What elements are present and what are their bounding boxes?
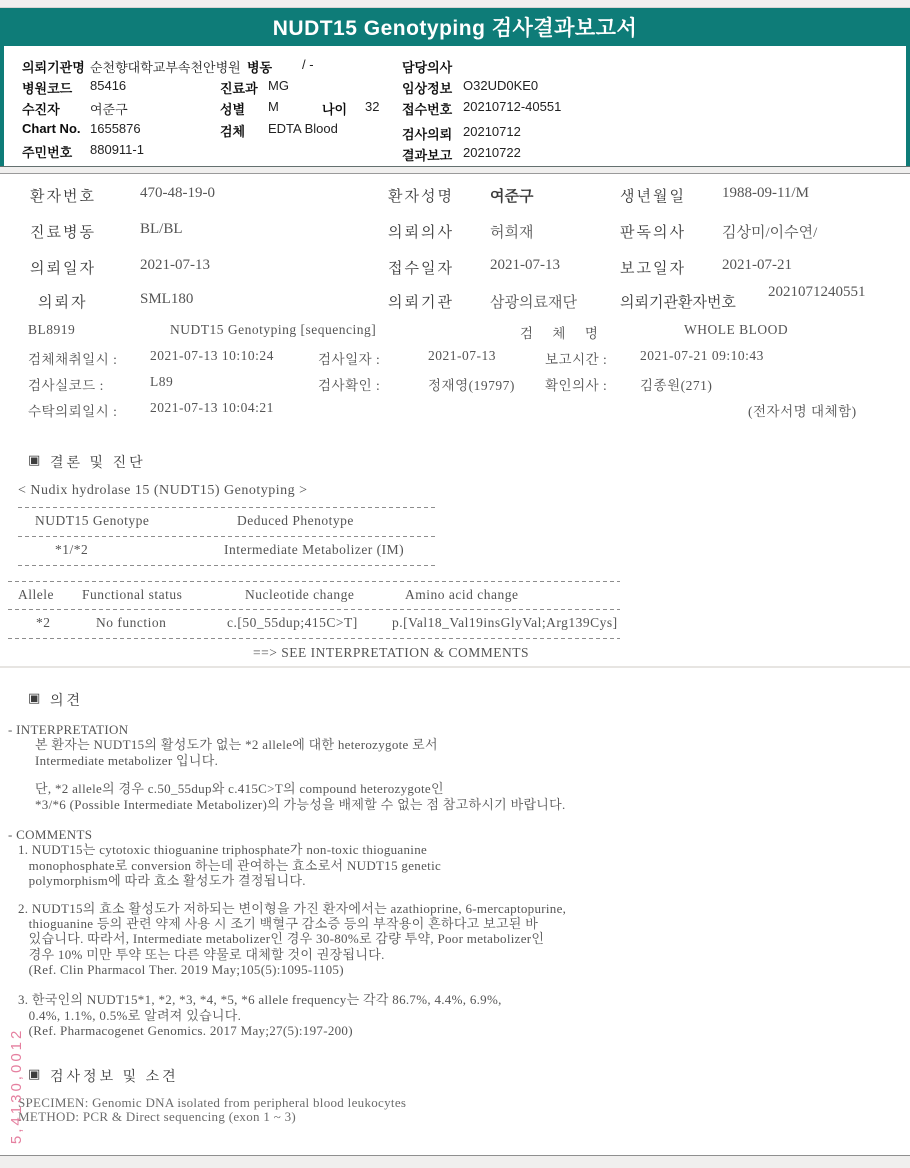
referring-org-label: 의뢰기관 — [388, 291, 454, 312]
text-line: 2. NUDT15의 효소 활성도가 저하되는 변이형을 가진 환자에서는 az… — [18, 901, 566, 916]
collection-datetime-label: 검체채취일시 : — [28, 348, 117, 368]
text-line: 경우 10% 미만 투약 또는 다른 약물로 대체할 것이 권장됩니다. — [18, 947, 566, 962]
nucleotide-change-value: c.[50_55dup;415C>T] — [227, 615, 358, 631]
referring-doctor-label: 의뢰의사 — [388, 221, 454, 242]
specimen-name-label: 검 체 명 — [520, 322, 606, 342]
requester-label: 의뢰자 — [38, 291, 87, 312]
field-value-clinical-info: O32UD0KE0 — [463, 78, 538, 93]
table-separator — [8, 638, 620, 639]
field-label-sex: 성별 — [220, 99, 245, 118]
org-patient-no-label: 의뢰기관환자번호 — [620, 291, 736, 312]
allele-col-header: Allele — [18, 587, 54, 603]
text-line: 1. NUDT15는 cytotoxic thioguanine triphos… — [18, 842, 441, 858]
confirming-doctor-value: 김종원(271) — [640, 374, 712, 394]
field-value-specimen: EDTA Blood — [268, 121, 338, 136]
top-margin-strip — [0, 0, 910, 8]
collection-datetime-value: 2021-07-13 10:10:24 — [150, 348, 274, 364]
interpretation-heading: - INTERPRETATION — [8, 722, 128, 738]
comment-2-text: 2. NUDT15의 효소 활성도가 저하되는 변이형을 가진 환자에서는 az… — [18, 901, 566, 977]
comment-3-text: 3. 한국인의 NUDT15*1, *2, *3, *4, *5, *6 all… — [18, 992, 502, 1039]
table-separator — [8, 609, 620, 610]
verifier-value: 정재영(19797) — [428, 374, 515, 394]
field-label-chart-no: Chart No. — [22, 121, 81, 136]
test-info-text: SPECIMEN: Genomic DNA isolated from peri… — [18, 1096, 406, 1124]
field-label-ward: 병동 — [247, 57, 272, 76]
field-value-resident-no: 880911-1 — [90, 142, 144, 157]
test-date-value: 2021-07-13 — [428, 348, 496, 364]
bottom-margin-strip — [0, 1155, 910, 1168]
opinion-section-title: 의견 — [50, 690, 83, 710]
report-title-bar: NUDT15 Genotyping 검사결과보고서 — [0, 8, 910, 46]
section-marker-icon: ▣ — [28, 1066, 40, 1082]
text-line: 단, *2 allele의 경우 c.50_55dup와 c.415C>T의 c… — [35, 781, 566, 797]
receipt-date-label: 접수일자 — [388, 257, 454, 278]
genotype-result-value: *1/*2 — [55, 542, 88, 558]
section-divider — [0, 666, 910, 668]
text-line: polymorphism에 따라 효소 활성도가 결정됩니다. — [18, 873, 441, 889]
allele-value: *2 — [36, 615, 51, 631]
field-label-specimen: 검체 — [220, 121, 245, 140]
phenotype-col-header: Deduced Phenotype — [237, 513, 354, 529]
table-separator — [8, 581, 620, 582]
comments-heading: - COMMENTS — [8, 827, 92, 843]
field-label-department: 진료과 — [220, 78, 258, 97]
header-divider — [0, 166, 910, 174]
request-date-value: 2021-07-13 — [140, 257, 210, 274]
field-label-receipt-no: 접수번호 — [402, 99, 452, 118]
field-value-result-report-date: 20210722 — [463, 145, 521, 160]
text-line: 있습니다. 따라서, Intermediate metabolizer인 경우 … — [18, 931, 566, 946]
esign-note: (전자서명 대체함) — [748, 400, 857, 420]
table-separator — [18, 565, 438, 566]
text-line: 3. 한국인의 NUDT15*1, *2, *3, *4, *5, *6 all… — [18, 992, 502, 1008]
see-interpretation-note: ==> SEE INTERPRETATION & COMMENTS — [253, 645, 529, 661]
field-label-resident-no: 주민번호 — [22, 142, 72, 161]
field-label-hospital-code: 병원코드 — [22, 78, 72, 97]
patient-id-label: 환자번호 — [30, 185, 96, 206]
patient-name-label: 환자성명 — [388, 185, 454, 206]
birthdate-label: 생년월일 — [620, 185, 686, 206]
field-value-age: 32 — [365, 99, 379, 114]
report-time-label: 보고시간 : — [545, 348, 607, 368]
field-value-hospital-code: 85416 — [90, 78, 126, 93]
test-date-label: 검사일자 : — [318, 348, 380, 368]
patient-id-value: 470-48-19-0 — [140, 185, 215, 202]
text-line: monophosphate로 conversion 하는데 관여하는 효소로서 … — [18, 858, 441, 874]
field-label-examinee: 수진자 — [22, 99, 60, 118]
field-value-chart-no: 1655876 — [90, 121, 141, 136]
functional-status-col-header: Functional status — [82, 587, 182, 603]
field-value-sex: M — [268, 99, 279, 114]
genotyping-subtitle: < Nudix hydrolase 15 (NUDT15) Genotyping… — [18, 483, 308, 499]
report-date-value: 2021-07-21 — [722, 257, 792, 274]
section-marker-icon: ▣ — [28, 452, 40, 468]
phenotype-result-value: Intermediate Metabolizer (IM) — [224, 542, 404, 558]
field-label-result-report-date: 결과보고 — [402, 145, 452, 164]
amino-acid-change-col-header: Amino acid change — [405, 587, 518, 603]
field-value-test-request-date: 20210712 — [463, 124, 521, 139]
text-line: (Ref. Clin Pharmacol Ther. 2019 May;105(… — [18, 962, 566, 977]
field-value-examinee: 여준구 — [90, 99, 128, 118]
test-name: NUDT15 Genotyping [sequencing] — [170, 322, 376, 338]
test-info-section-title: 검사정보 및 소견 — [50, 1066, 179, 1086]
field-label-clinical-info: 임상정보 — [402, 78, 452, 97]
field-label-institution: 의뢰기관명 — [22, 57, 85, 76]
comment-1-text: 1. NUDT15는 cytotoxic thioguanine triphos… — [18, 842, 441, 889]
nucleotide-change-col-header: Nucleotide change — [245, 587, 354, 603]
section-marker-icon: ▣ — [28, 690, 40, 706]
lab-code-value: L89 — [150, 374, 173, 390]
lab-report-page: NUDT15 Genotyping 검사결과보고서 의뢰기관명 순천향대학교부속… — [0, 0, 910, 1168]
amino-acid-change-value: p.[Val18_Val19insGlyVal;Arg139Cys] — [392, 615, 618, 631]
field-label-age: 나이 — [322, 99, 347, 118]
lab-code-label: 검사실코드 : — [28, 374, 104, 394]
table-separator — [18, 507, 438, 508]
referring-org-value: 삼광의료재단 — [490, 291, 577, 312]
text-line: SPECIMEN: Genomic DNA isolated from peri… — [18, 1096, 406, 1110]
text-line: 0.4%, 1.1%, 0.5%로 알려져 있습니다. — [18, 1008, 502, 1024]
margin-print-id: + 5,4130,0012 — [8, 1028, 25, 1163]
text-line: METHOD: PCR & Direct sequencing (exon 1 … — [18, 1110, 406, 1124]
report-time-value: 2021-07-21 09:10:43 — [640, 348, 764, 364]
field-label-attending-doctor: 담당의사 — [402, 57, 452, 76]
receipt-date-value: 2021-07-13 — [490, 257, 560, 274]
reading-doctor-label: 판독의사 — [620, 221, 686, 242]
table-separator — [18, 536, 438, 537]
consignment-datetime-label: 수탁의뢰일시 : — [28, 400, 117, 420]
birthdate-value: 1988-09-11/M — [722, 185, 809, 202]
patient-name-value: 여준구 — [490, 185, 533, 206]
interpretation-text: 본 환자는 NUDT15의 활성도가 없는 *2 allele에 대한 hete… — [35, 737, 438, 768]
text-line: *3/*6 (Possible Intermediate Metabolizer… — [35, 797, 566, 813]
text-line: 본 환자는 NUDT15의 활성도가 없는 *2 allele에 대한 hete… — [35, 737, 438, 753]
genotype-col-header: NUDT15 Genotype — [35, 513, 149, 529]
ward-label: 진료병동 — [30, 221, 96, 242]
field-label-test-request-date: 검사의뢰 — [402, 124, 452, 143]
test-code: BL8919 — [28, 322, 75, 338]
specimen-name-value: WHOLE BLOOD — [684, 322, 788, 338]
referring-doctor-value: 허희재 — [490, 221, 533, 242]
report-title: NUDT15 Genotyping 검사결과보고서 — [273, 12, 638, 42]
field-value-receipt-no: 20210712-40551 — [463, 99, 561, 114]
functional-status-value: No function — [96, 615, 166, 631]
text-line: (Ref. Pharmacogenet Genomics. 2017 May;2… — [18, 1023, 502, 1039]
reading-doctor-value: 김상미/이수연/ — [722, 221, 817, 242]
conclusion-section-title: 결론 및 진단 — [50, 452, 146, 472]
report-date-label: 보고일자 — [620, 257, 686, 278]
field-value-department: MG — [268, 78, 289, 93]
request-date-label: 의뢰일자 — [30, 257, 96, 278]
requester-value: SML180 — [140, 291, 193, 308]
confirming-doctor-label: 확인의사 : — [545, 374, 607, 394]
org-patient-no-value: 2021071240551 — [768, 284, 878, 301]
field-value-institution: 순천향대학교부속천안병원 — [90, 57, 241, 76]
field-value-ward: / - — [302, 57, 314, 72]
text-line: Intermediate metabolizer 입니다. — [35, 753, 438, 769]
text-line: thioguanine 등의 관련 약제 사용 시 조기 백혈구 감소증 등의 … — [18, 916, 566, 931]
ward-value: BL/BL — [140, 221, 183, 238]
consignment-datetime-value: 2021-07-13 10:04:21 — [150, 400, 274, 416]
verifier-label: 검사확인 : — [318, 374, 380, 394]
interpretation-note-text: 단, *2 allele의 경우 c.50_55dup와 c.415C>T의 c… — [35, 781, 566, 812]
